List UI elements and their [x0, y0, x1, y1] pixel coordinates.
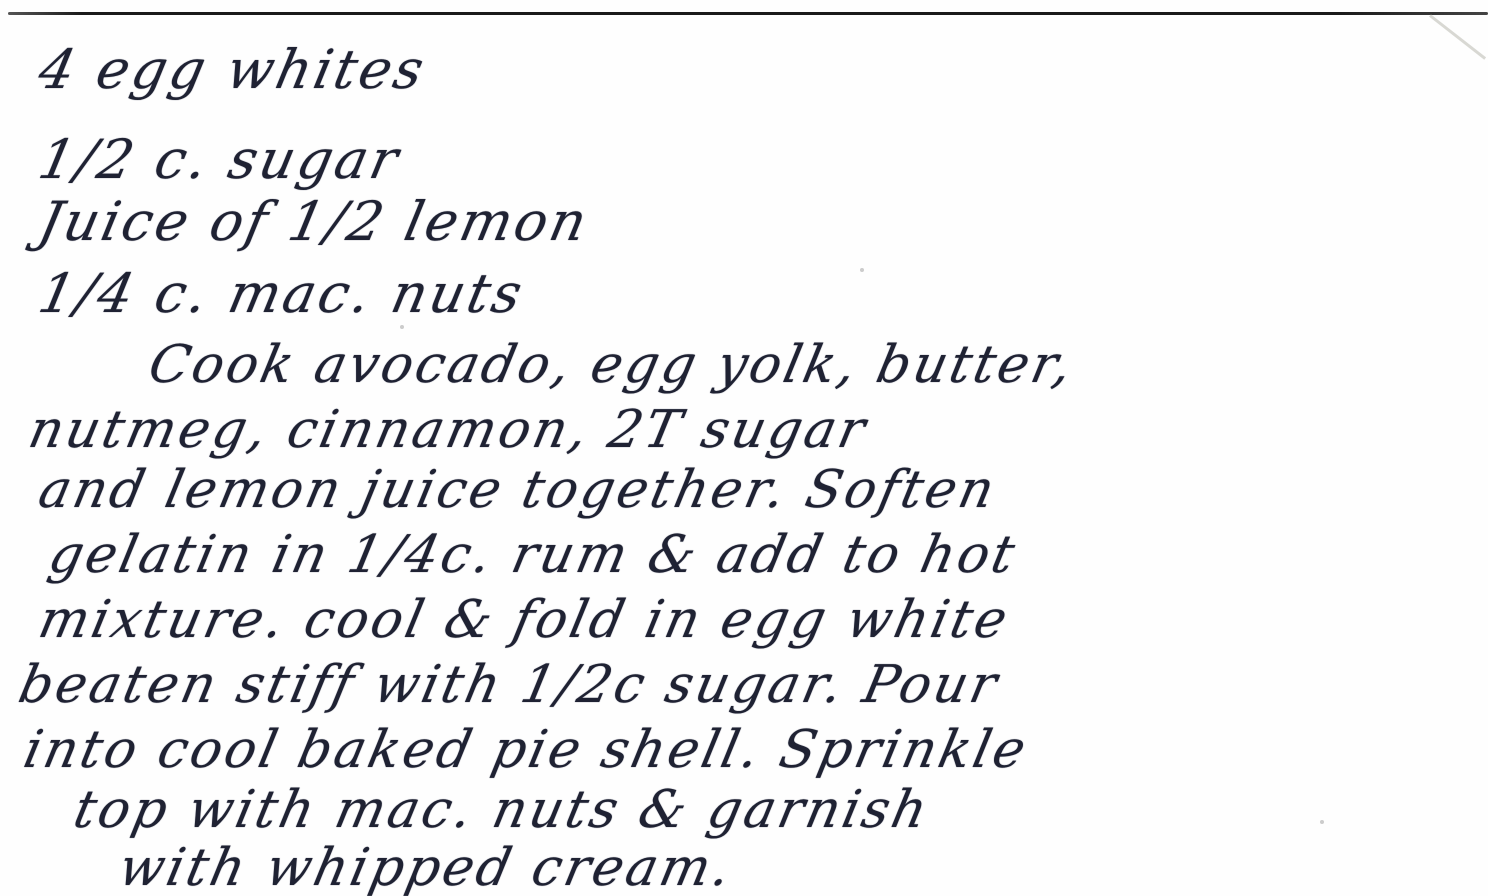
ingredient-line: 4 egg whites [33, 38, 432, 101]
direction-line: nutmeg, cinnamon, 2T sugar [24, 400, 874, 460]
card-top-edge [8, 12, 1488, 15]
recipe-card: 4 egg whites 1/2 c. sugar Juice of 1/2 l… [0, 0, 1488, 896]
ingredient-line: 1/4 c. mac. nuts [33, 262, 530, 325]
direction-line: into cool baked pie shell. Sprinkle [19, 720, 1034, 780]
direction-line: Cook avocado, egg yolk, butter, [144, 335, 1080, 395]
direction-line: with whipped cream. [114, 838, 739, 896]
ingredient-line: 1/2 c. sugar [33, 128, 406, 191]
paper-speck [860, 268, 864, 272]
direction-line: gelatin in 1/4c. rum & add to hot [44, 525, 1023, 585]
ingredient-line: Juice of 1/2 lemon [33, 190, 595, 253]
corner-crease [1429, 14, 1486, 59]
paper-speck [400, 325, 404, 329]
direction-line: and lemon juice together. Soften [34, 460, 1003, 520]
direction-line: mixture. cool & fold in egg white [34, 590, 1016, 650]
direction-line: top with mac. nuts & garnish [69, 780, 936, 840]
direction-line: beaten stiff with 1/2c sugar. Pour [14, 655, 1005, 715]
paper-speck [1320, 820, 1324, 824]
